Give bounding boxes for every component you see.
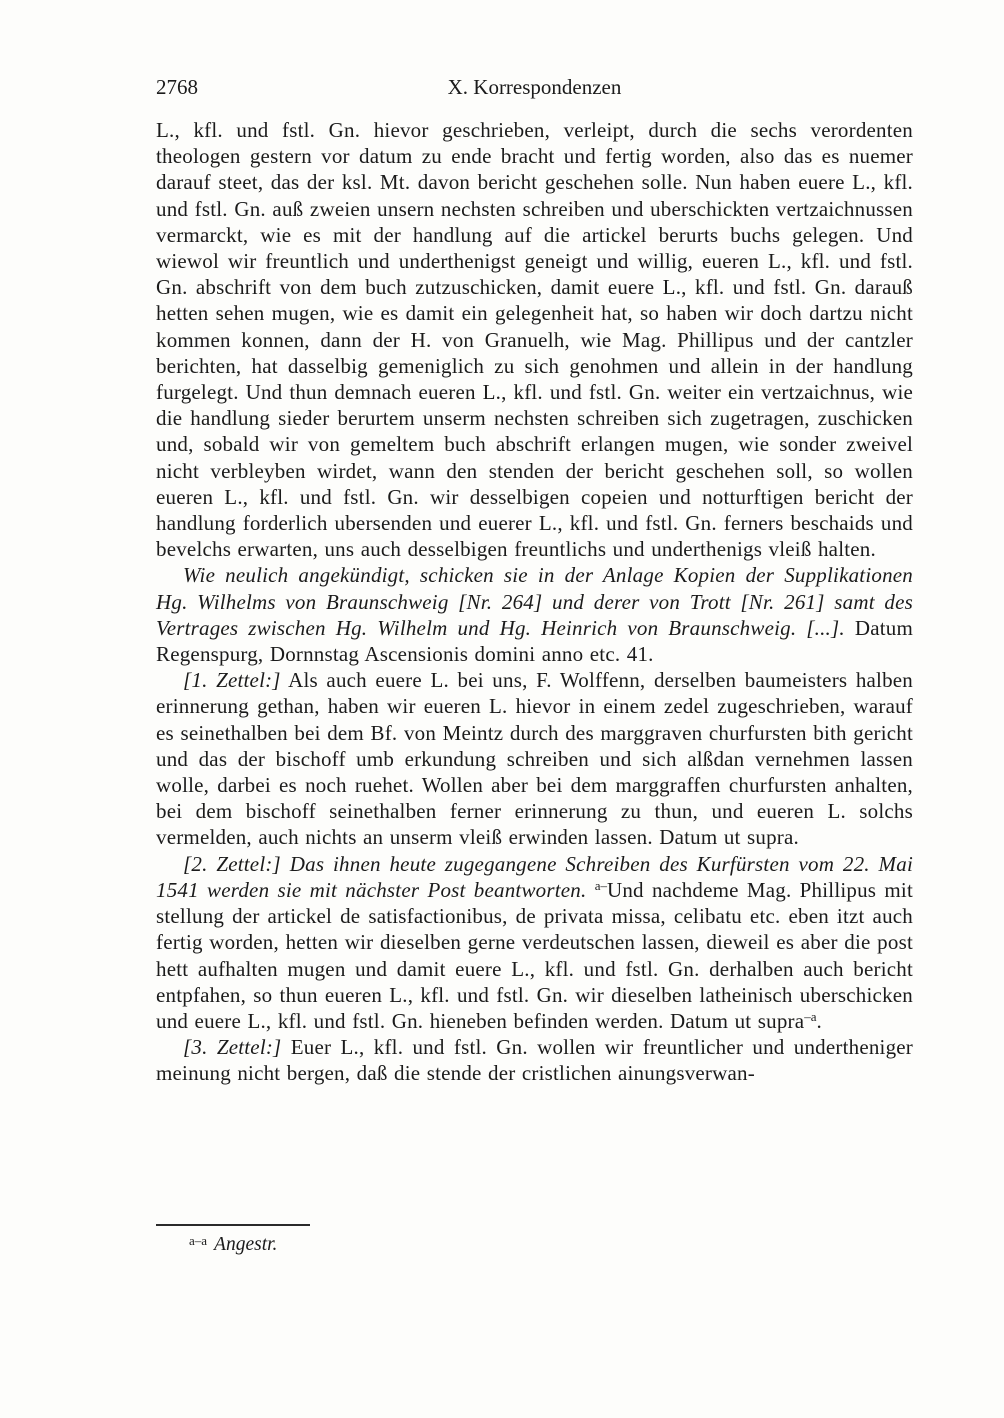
paragraph: L., kfl. und fstl. Gn. hievor geschriebe…	[156, 117, 913, 562]
footnote-text: Angestr.	[214, 1234, 277, 1255]
italic-run: Wie neulich angekündigt, schicken sie in…	[156, 563, 913, 639]
running-header: 2768 X. Korrespondenzen	[156, 74, 913, 104]
running-head-title: X. Korrespondenzen	[156, 74, 913, 100]
footnote-block: a–aAngestr.	[156, 1224, 913, 1257]
italic-run: [1. Zettel:]	[183, 668, 281, 692]
paragraph: [1. Zettel:] Als auch euere L. bei uns, …	[156, 667, 913, 850]
italic-run: [3. Zettel:]	[183, 1035, 281, 1059]
paragraph: [2. Zettel:] Das ihnen heute zugegangene…	[156, 851, 913, 1034]
paragraph: Wie neulich angekündigt, schicken sie in…	[156, 562, 913, 667]
text-run	[586, 878, 594, 902]
apparatus-marker: a–	[595, 878, 607, 893]
page-number: 2768	[156, 74, 198, 100]
text-run: .	[817, 1009, 822, 1033]
body-text: L., kfl. und fstl. Gn. hievor geschriebe…	[156, 117, 913, 1087]
text-run: L., kfl. und fstl. Gn. hievor geschriebe…	[156, 118, 913, 561]
page: 2768 X. Korrespondenzen L., kfl. und fst…	[0, 0, 1004, 1418]
text-run: Als auch euere L. bei uns, F. Wolffenn, …	[156, 668, 913, 849]
footnote: a–aAngestr.	[156, 1233, 913, 1257]
apparatus-marker: –a	[804, 1009, 816, 1024]
footnote-marker: a–a	[189, 1233, 207, 1248]
footnote-rule	[156, 1224, 310, 1226]
paragraph: [3. Zettel:] Euer L., kfl. und fstl. Gn.…	[156, 1034, 913, 1086]
